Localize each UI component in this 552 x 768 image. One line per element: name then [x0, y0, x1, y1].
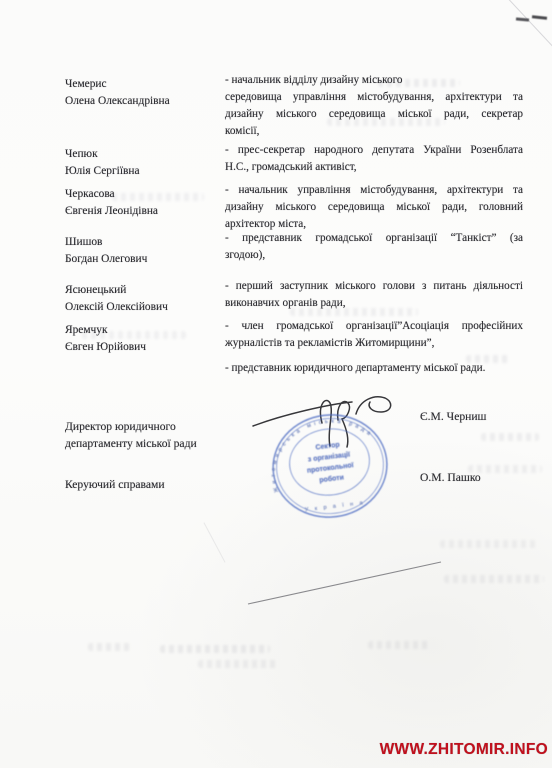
member-name: Чепюк Юлія Сергіївна: [65, 142, 225, 179]
stamp-ring-text: Житомирська міська рада: [265, 413, 380, 493]
role-line: журналістів та рекламістів Житомирщини”,: [225, 335, 523, 352]
member-surname: Яремчук: [65, 322, 225, 339]
role-line: Н.С., громадський активіст,: [225, 159, 523, 176]
stamp-center-line: роботи: [319, 473, 345, 484]
staple-mark: [532, 15, 547, 20]
member-name: Черкасова Євгенія Леонідівна: [65, 182, 225, 233]
member-role: - начальник відділу дизайну міського сер…: [225, 72, 523, 140]
member-name: Яремчук Євген Юрійович: [65, 318, 225, 355]
stamp-center-line: Сектор: [315, 442, 340, 452]
role-line: - перший заступник міського голови з пит…: [225, 278, 523, 295]
member-name: Шишов Богдан Олегович: [65, 230, 225, 267]
role-line: - представник громадської організації “Т…: [225, 230, 523, 247]
stray-pen-line: [248, 562, 441, 604]
fold-crease: [203, 522, 225, 562]
bleedthrough-smudge: [440, 540, 536, 548]
official-signature-name: О.М. Пашко: [420, 471, 481, 484]
official-title-line: Керуючий справами: [65, 476, 165, 493]
member-surname: Черкасова: [65, 186, 225, 203]
stamp-center-line: протокольної: [307, 462, 355, 475]
staple-mark: [516, 17, 529, 21]
member-role: - член громадської організації”Асоціація…: [225, 318, 523, 355]
role-line: дизайну міського середовища міської ради…: [225, 106, 523, 123]
official-title-line: Директор юридичного: [65, 418, 197, 435]
bleedthrough-smudge: [160, 645, 270, 653]
handwritten-signature: [253, 397, 391, 447]
member-role: - представник громадської організації “Т…: [225, 230, 523, 267]
bleedthrough-smudge: [368, 641, 430, 649]
role-line: - прес-секретар народного депутата Украї…: [225, 142, 523, 159]
official-stamp: Житомирська міська рада У к р а ї н а Се…: [264, 408, 393, 524]
member-entry: Яремчук Євген Юрійович - член громадсько…: [65, 318, 523, 355]
bleedthrough-smudge: [444, 575, 544, 583]
role-line: середовища управління містобудування, ар…: [225, 89, 523, 106]
member-entry: Чепюк Юлія Сергіївна - прес-секретар нар…: [65, 142, 523, 179]
member-surname: Чепюк: [65, 146, 225, 163]
role-line: згодою),: [225, 247, 523, 264]
member-surname: Шишов: [65, 234, 225, 251]
stamp-center-line: з організації: [307, 450, 351, 463]
role-line: - член громадської організації”Асоціація…: [225, 318, 523, 335]
member-surname: Ясюнецький: [65, 282, 225, 299]
official-title: Керуючий справами: [65, 476, 165, 493]
role-line: - начальник управління містобудування, а…: [225, 182, 523, 199]
role-line: комісії,: [225, 123, 523, 140]
role-line: дизайну міського середовища міської ради…: [225, 199, 523, 216]
member-given-names: Богдан Олегович: [65, 251, 225, 268]
member-entry: Шишов Богдан Олегович - представник гром…: [65, 230, 523, 267]
member-entry: Ясюнецький Олексій Олексійович - перший …: [65, 278, 523, 315]
member-name: Чемерис Олена Олександрівна: [65, 72, 225, 140]
extra-role-line: - представник юридичного департаменту мі…: [225, 360, 523, 377]
scanned-document-page: Чемерис Олена Олександрівна - начальник …: [0, 0, 552, 768]
member-given-names: Олена Олександрівна: [65, 93, 225, 110]
official-signature-name: Є.М. Черниш: [420, 410, 486, 423]
site-watermark: WWW.ZHITOMIR.INFO: [380, 741, 548, 759]
member-role: - перший заступник міського голови з пит…: [225, 278, 523, 315]
role-line: - начальник відділу дизайну міського: [225, 72, 523, 89]
member-given-names: Олексій Олексійович: [65, 299, 225, 316]
member-surname: Чемерис: [65, 76, 225, 93]
role-line: виконавчих органів ради,: [225, 295, 523, 312]
page-corner-crease: [505, 0, 552, 49]
bleedthrough-smudge: [198, 660, 278, 668]
member-given-names: Євгенія Леонідівна: [65, 203, 225, 220]
member-role: - начальник управління містобудування, а…: [225, 182, 523, 233]
member-role: - прес-секретар народного депутата Украї…: [225, 142, 523, 179]
member-name: Ясюнецький Олексій Олексійович: [65, 278, 225, 315]
official-title: Директор юридичного департаменту міської…: [65, 418, 197, 452]
official-title-line: департаменту міської ради: [65, 435, 197, 452]
member-given-names: Євген Юрійович: [65, 339, 225, 356]
member-entry: Чемерис Олена Олександрівна - начальник …: [65, 72, 523, 140]
bleedthrough-smudge: [88, 643, 130, 651]
stamp-ring-bottom-text: У к р а ї н а: [305, 500, 366, 513]
member-given-names: Юлія Сергіївна: [65, 163, 225, 180]
member-entry: Черкасова Євгенія Леонідівна - начальник…: [65, 182, 523, 233]
bleedthrough-smudge: [481, 433, 539, 441]
